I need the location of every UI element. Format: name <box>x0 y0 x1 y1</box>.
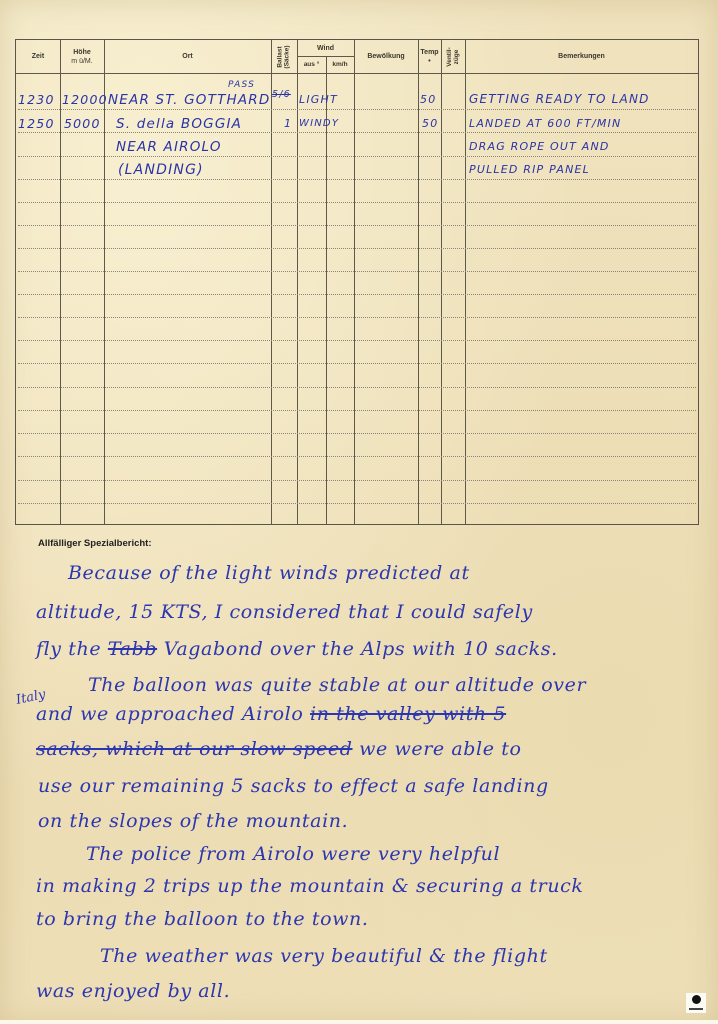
header-wind: Wind <box>297 40 354 56</box>
special-report-label: Allfälliger Spezialbericht: <box>38 538 152 549</box>
header-bemerkungen-label: Bemerkungen <box>558 52 605 61</box>
header-rule <box>16 73 698 74</box>
report-line: use our remaining 5 sacks to effect a sa… <box>38 775 549 797</box>
row-rule <box>18 156 696 157</box>
column-divider <box>465 40 466 524</box>
row-rule <box>18 410 696 411</box>
header-hoehe-unit: m ü/M. <box>71 57 92 66</box>
entry-4-ort: (LANDING) <box>118 162 204 178</box>
report-line: sacks, which at our slow speed we were a… <box>36 738 522 760</box>
balloon-logo-icon <box>686 993 706 1013</box>
header-zeit-label: Zeit <box>32 52 44 61</box>
flight-log-table: Zeit Höhe m ü/M. Ort Ballast (Säcke) Win… <box>15 39 699 525</box>
report-line: fly the Tabb Vagabond over the Alps with… <box>36 638 558 660</box>
header-bemerkungen: Bemerkungen <box>465 40 698 73</box>
row-rule <box>18 271 696 272</box>
entry-1-ort: NEAR ST. GOTTHARD <box>108 92 270 108</box>
column-divider <box>60 40 61 524</box>
header-ort: Ort <box>104 40 271 73</box>
entry-1-wind: LIGHT <box>299 93 338 106</box>
row-rule <box>18 109 696 110</box>
column-divider <box>297 40 298 524</box>
entry-3-ort: NEAR AIROLO <box>116 139 222 155</box>
page-bottom-edge <box>0 1020 718 1024</box>
row-rule <box>18 503 696 504</box>
row-rule <box>18 132 696 133</box>
header-ventil-line2: züge <box>453 47 460 67</box>
entry-2-temp: 50 <box>422 117 438 130</box>
header-ort-label: Ort <box>182 52 193 61</box>
report-text: we were able to <box>353 738 522 760</box>
row-rule <box>18 179 696 180</box>
header-hoehe-label: Höhe <box>73 48 91 57</box>
report-line: in making 2 trips up the mountain & secu… <box>36 875 584 897</box>
report-line: and we approached Airolo in the valley w… <box>36 703 506 725</box>
entry-2-hoehe: 5000 <box>64 116 101 131</box>
header-wind-speed: km/h <box>326 56 354 73</box>
entry-2-bemerkungen: LANDED AT 600 FT/MIN <box>469 117 621 130</box>
header-hoehe: Höhe m ü/M. <box>60 40 104 73</box>
column-divider <box>441 40 442 524</box>
report-struck-text: sacks, which at our slow speed <box>36 738 353 760</box>
header-temp-unit: • <box>428 57 430 66</box>
row-rule <box>18 480 696 481</box>
row-rule <box>18 340 696 341</box>
row-rule <box>18 225 696 226</box>
header-bewoelkung: Bewölkung <box>354 40 418 73</box>
header-ballast: Ballast (Säcke) <box>271 40 297 73</box>
report-line: was enjoyed by all. <box>36 980 230 1002</box>
report-line: to bring the balloon to the town. <box>36 908 369 930</box>
row-rule <box>18 363 696 364</box>
entry-3-bemerkungen: DRAG ROPE OUT AND <box>469 140 610 153</box>
entry-4-bemerkungen: PULLED RIP PANEL <box>469 163 590 176</box>
report-text: and we approached Airolo <box>36 703 310 725</box>
balloon-glyph <box>692 995 701 1004</box>
entry-2-wind: WINDY <box>299 118 339 129</box>
logo-base <box>689 1008 703 1010</box>
entry-2-zeit: 1250 <box>18 116 55 131</box>
row-rule <box>18 317 696 318</box>
row-rule <box>18 202 696 203</box>
entry-1-zeit: 1230 <box>18 92 55 107</box>
report-line: Because of the light winds predicted at <box>68 562 470 584</box>
header-wind-direction: aus ° <box>297 56 326 73</box>
row-rule <box>18 433 696 434</box>
header-zeit: Zeit <box>16 40 60 73</box>
header-bewoelkung-label: Bewölkung <box>367 52 404 61</box>
entry-2-ballast: 1 <box>284 117 292 130</box>
report-line: on the slopes of the mountain. <box>38 810 348 832</box>
column-divider <box>271 40 272 524</box>
report-line: The police from Airolo were very helpful <box>86 843 500 865</box>
entry-1-ort-superscript: PASS <box>228 80 255 90</box>
row-rule <box>18 294 696 295</box>
row-rule <box>18 248 696 249</box>
entry-1-bemerkungen: GETTING READY TO LAND <box>469 92 650 106</box>
entry-2-ort: S. della BOGGIA <box>116 116 242 132</box>
header-wind-kmh-label: km/h <box>332 60 347 69</box>
header-ventilzuege: Ventil- züge <box>441 40 465 73</box>
report-text: fly the <box>36 638 108 660</box>
header-ballast-line2: (Säcke) <box>284 45 291 68</box>
row-rule <box>18 387 696 388</box>
column-divider <box>354 40 355 524</box>
report-text: Vagabond over the Alps with 10 sacks. <box>157 638 558 660</box>
report-struck-text: Tabb <box>108 638 157 660</box>
column-divider <box>104 40 105 524</box>
entry-1-temp: 50 <box>420 93 436 106</box>
row-rule <box>18 456 696 457</box>
column-divider <box>418 40 419 524</box>
header-wind-aus-label: aus ° <box>304 60 320 69</box>
report-line: The balloon was quite stable at our alti… <box>88 674 586 696</box>
header-wind-label: Wind <box>317 44 334 53</box>
report-line: altitude, 15 KTS, I considered that I co… <box>36 601 533 623</box>
header-ballast-label: Ballast (Säcke) <box>277 45 291 68</box>
entry-1-ballast: 5/6 <box>272 89 291 100</box>
header-temp: Temp • <box>418 40 441 73</box>
header-temp-label: Temp <box>420 48 438 57</box>
report-struck-text: in the valley with 5 <box>310 703 506 725</box>
entry-1-hoehe: 12000 <box>62 92 108 107</box>
header-ventilzuege-label: Ventil- züge <box>446 47 460 67</box>
report-line: The weather was very beautiful & the fli… <box>100 945 548 967</box>
